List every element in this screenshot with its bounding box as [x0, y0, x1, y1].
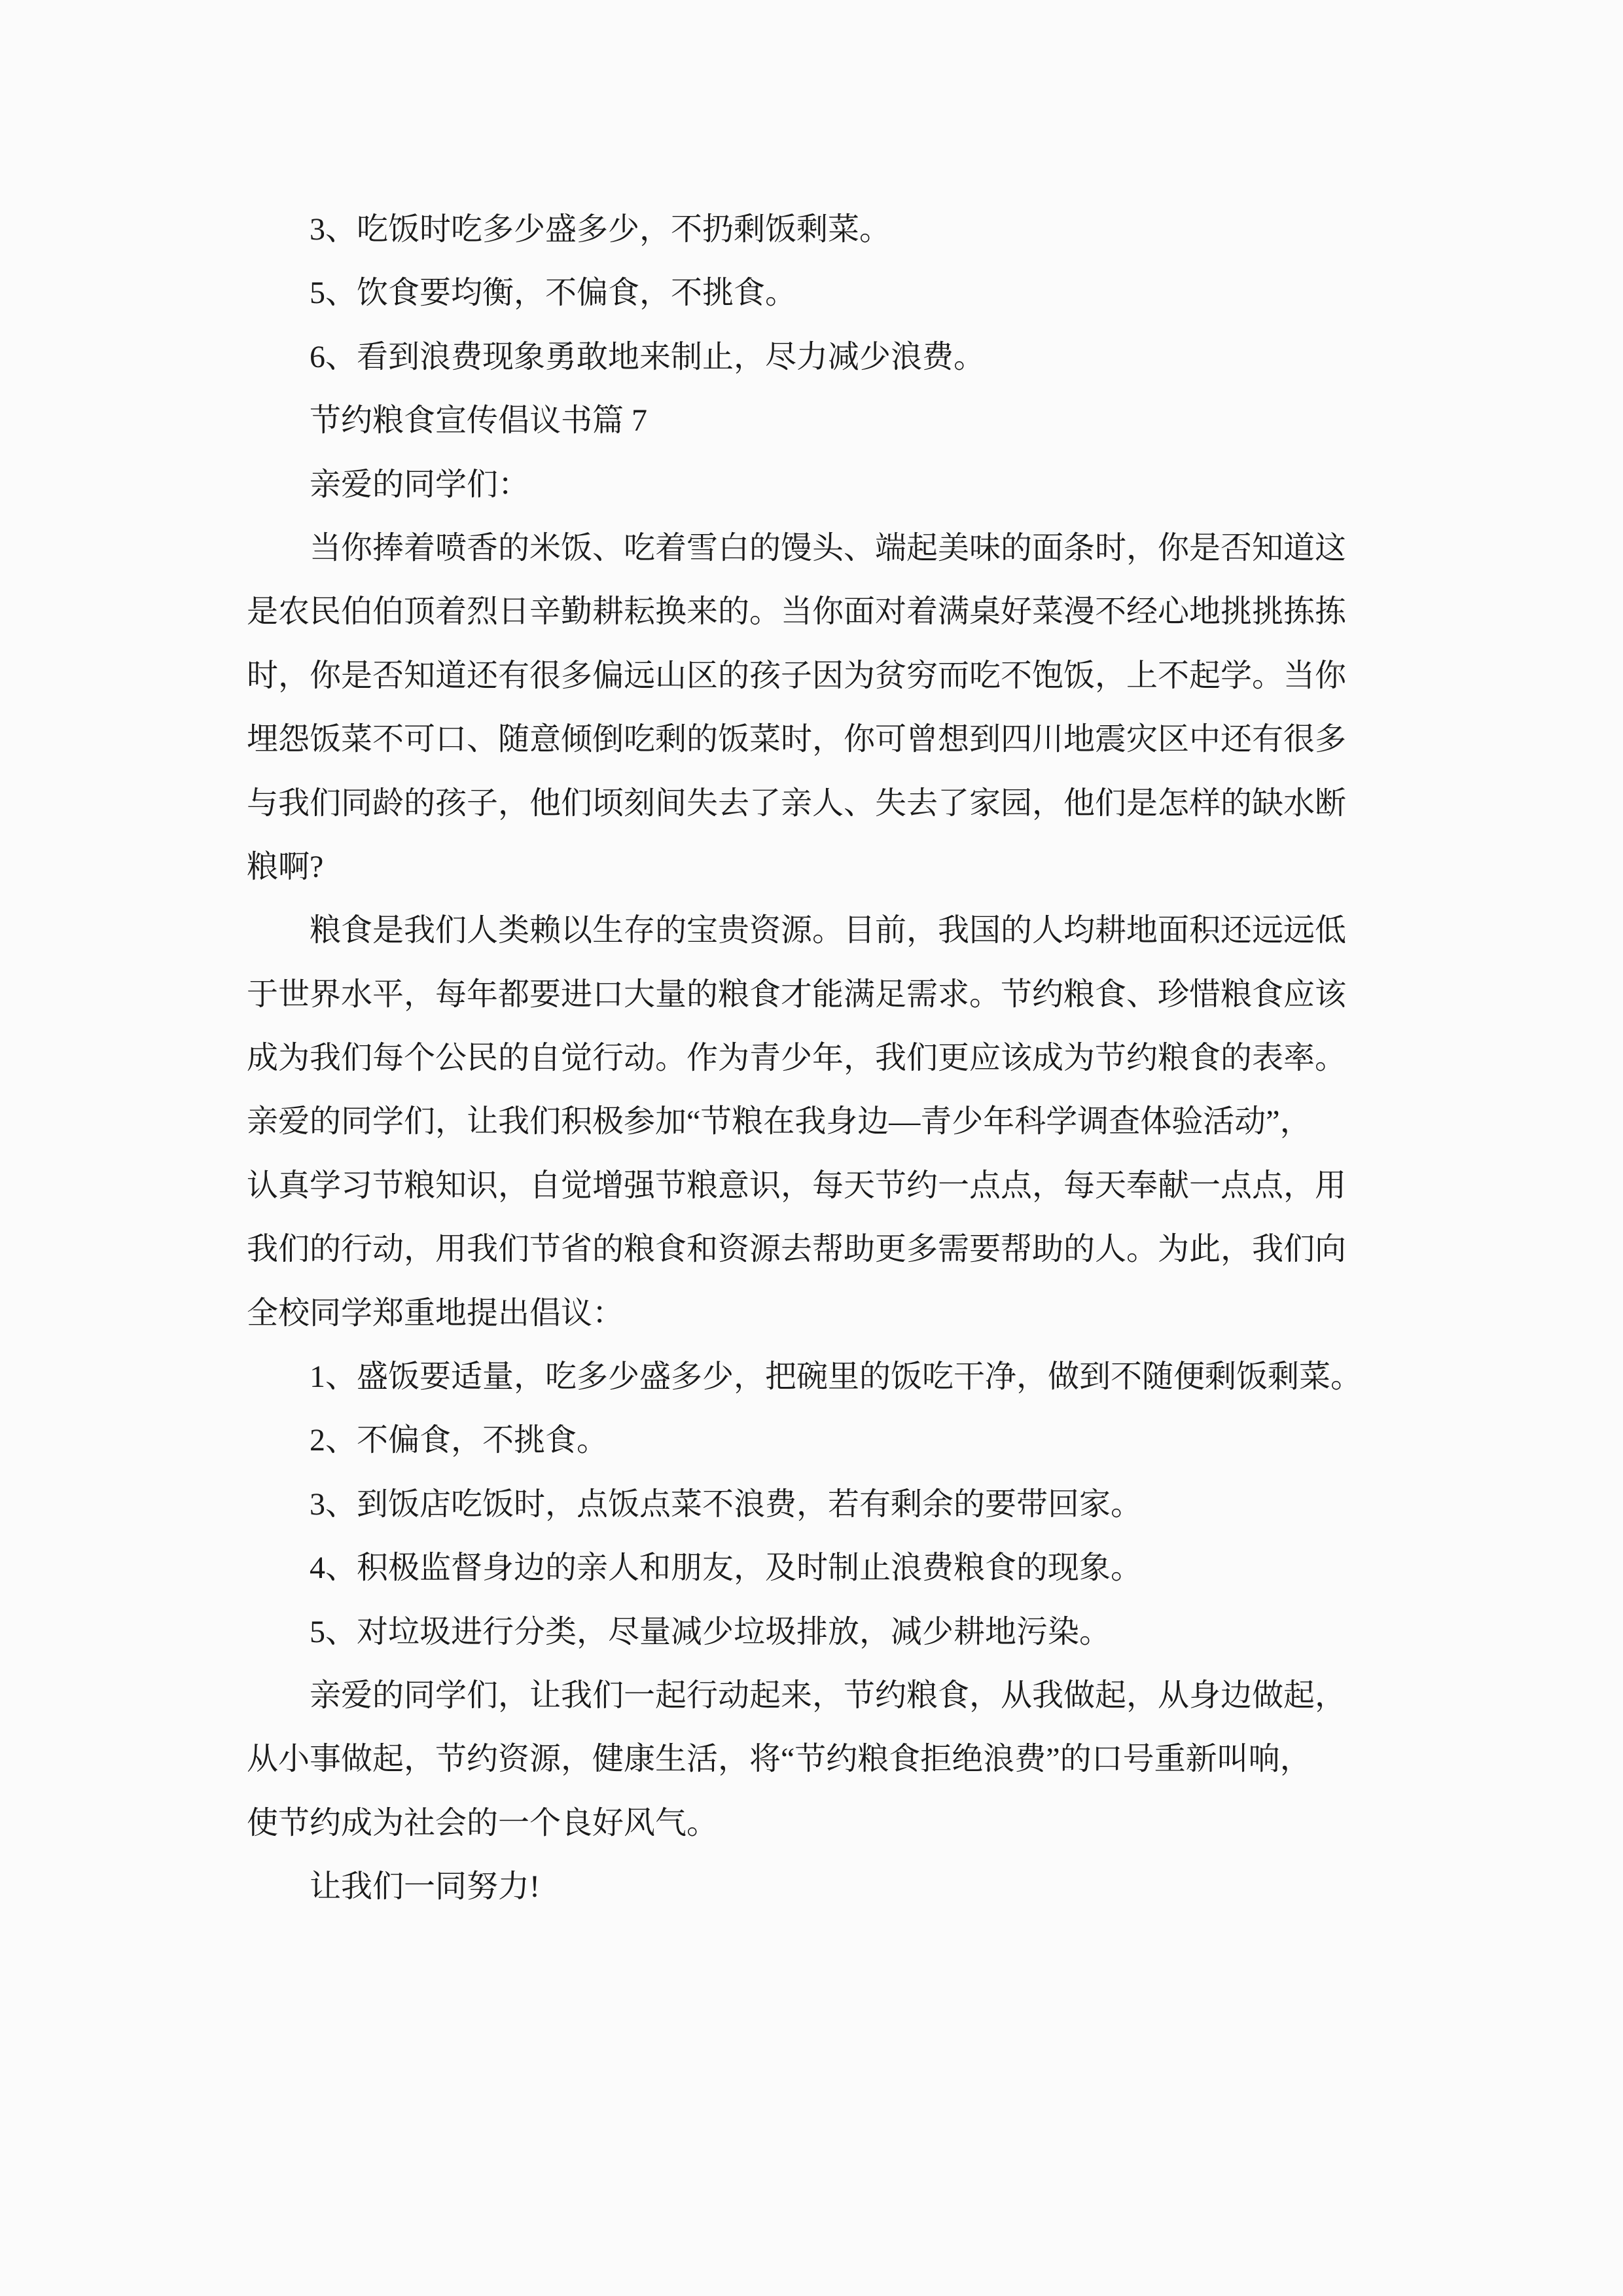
text-line: 亲爱的同学们，让我们积极参加“节粮在我身边—青少年科学调查体验活动”，: [247, 1090, 1379, 1153]
text-line: 认真学习节粮知识，自觉增强节粮意识，每天节约一点点，每天奉献一点点，用: [247, 1154, 1379, 1217]
text-line: 与我们同龄的孩子，他们顷刻间失去了亲人、失去了家园，他们是怎样的缺水断: [247, 772, 1379, 835]
text-line: 3、到饭店吃饭时，点饭点菜不浪费，若有剩余的要带回家。: [247, 1473, 1379, 1536]
text-line: 埋怨饭菜不可口、随意倾倒吃剩的饭菜时，你可曾想到四川地震灾区中还有很多: [247, 708, 1379, 771]
text-line: 4、积极监督身边的亲人和朋友，及时制止浪费粮食的现象。: [247, 1536, 1379, 1600]
text-line: 粮食是我们人类赖以生存的宝贵资源。目前，我国的人均耕地面积还远远低: [247, 899, 1379, 962]
text-line: 6、看到浪费现象勇敢地来制止，尽力减少浪费。: [247, 325, 1379, 389]
text-line: 节约粮食宣传倡议书篇 7: [247, 389, 1379, 452]
text-line: 我们的行动，用我们节省的粮食和资源去帮助更多需要帮助的人。为此，我们向: [247, 1217, 1379, 1281]
text-line: 3、吃饭时吃多少盛多少，不扔剩饭剩菜。: [247, 198, 1379, 261]
text-line: 成为我们每个公民的自觉行动。作为青少年，我们更应该成为节约粮食的表率。: [247, 1026, 1379, 1090]
text-line: 1、盛饭要适量，吃多少盛多少，把碗里的饭吃干净，做到不随便剩饭剩菜。: [247, 1345, 1379, 1408]
text-line: 5、对垃圾进行分类，尽量减少垃圾排放，减少耕地污染。: [247, 1600, 1379, 1664]
page: 3、吃饭时吃多少盛多少，不扔剩饭剩菜。5、饮食要均衡，不偏食，不挑食。6、看到浪…: [0, 0, 1623, 2296]
text-line: 全校同学郑重地提出倡议：: [247, 1282, 1379, 1345]
document-body: 3、吃饭时吃多少盛多少，不扔剩饭剩菜。5、饮食要均衡，不偏食，不挑食。6、看到浪…: [247, 198, 1379, 1919]
text-line: 时，你是否知道还有很多偏远山区的孩子因为贫穷而吃不饱饭，上不起学。当你: [247, 644, 1379, 708]
text-line: 粮啊?: [247, 835, 1379, 899]
text-line: 从小事做起，节约资源，健康生活，将“节约粮食拒绝浪费”的口号重新叫响，: [247, 1727, 1379, 1791]
text-line: 亲爱的同学们，让我们一起行动起来，节约粮食，从我做起，从身边做起，: [247, 1664, 1379, 1727]
text-line: 使节约成为社会的一个良好风气。: [247, 1791, 1379, 1855]
text-line: 于世界水平，每年都要进口大量的粮食才能满足需求。节约粮食、珍惜粮食应该: [247, 963, 1379, 1026]
text-line: 亲爱的同学们：: [247, 453, 1379, 516]
text-line: 让我们一同努力!: [247, 1855, 1379, 1918]
text-line: 2、不偏食，不挑食。: [247, 1408, 1379, 1472]
text-line: 5、饮食要均衡，不偏食，不挑食。: [247, 261, 1379, 325]
text-line: 当你捧着喷香的米饭、吃着雪白的馒头、端起美味的面条时，你是否知道这: [247, 516, 1379, 580]
text-line: 是农民伯伯顶着烈日辛勤耕耘换来的。当你面对着满桌好菜漫不经心地挑挑拣拣: [247, 580, 1379, 643]
